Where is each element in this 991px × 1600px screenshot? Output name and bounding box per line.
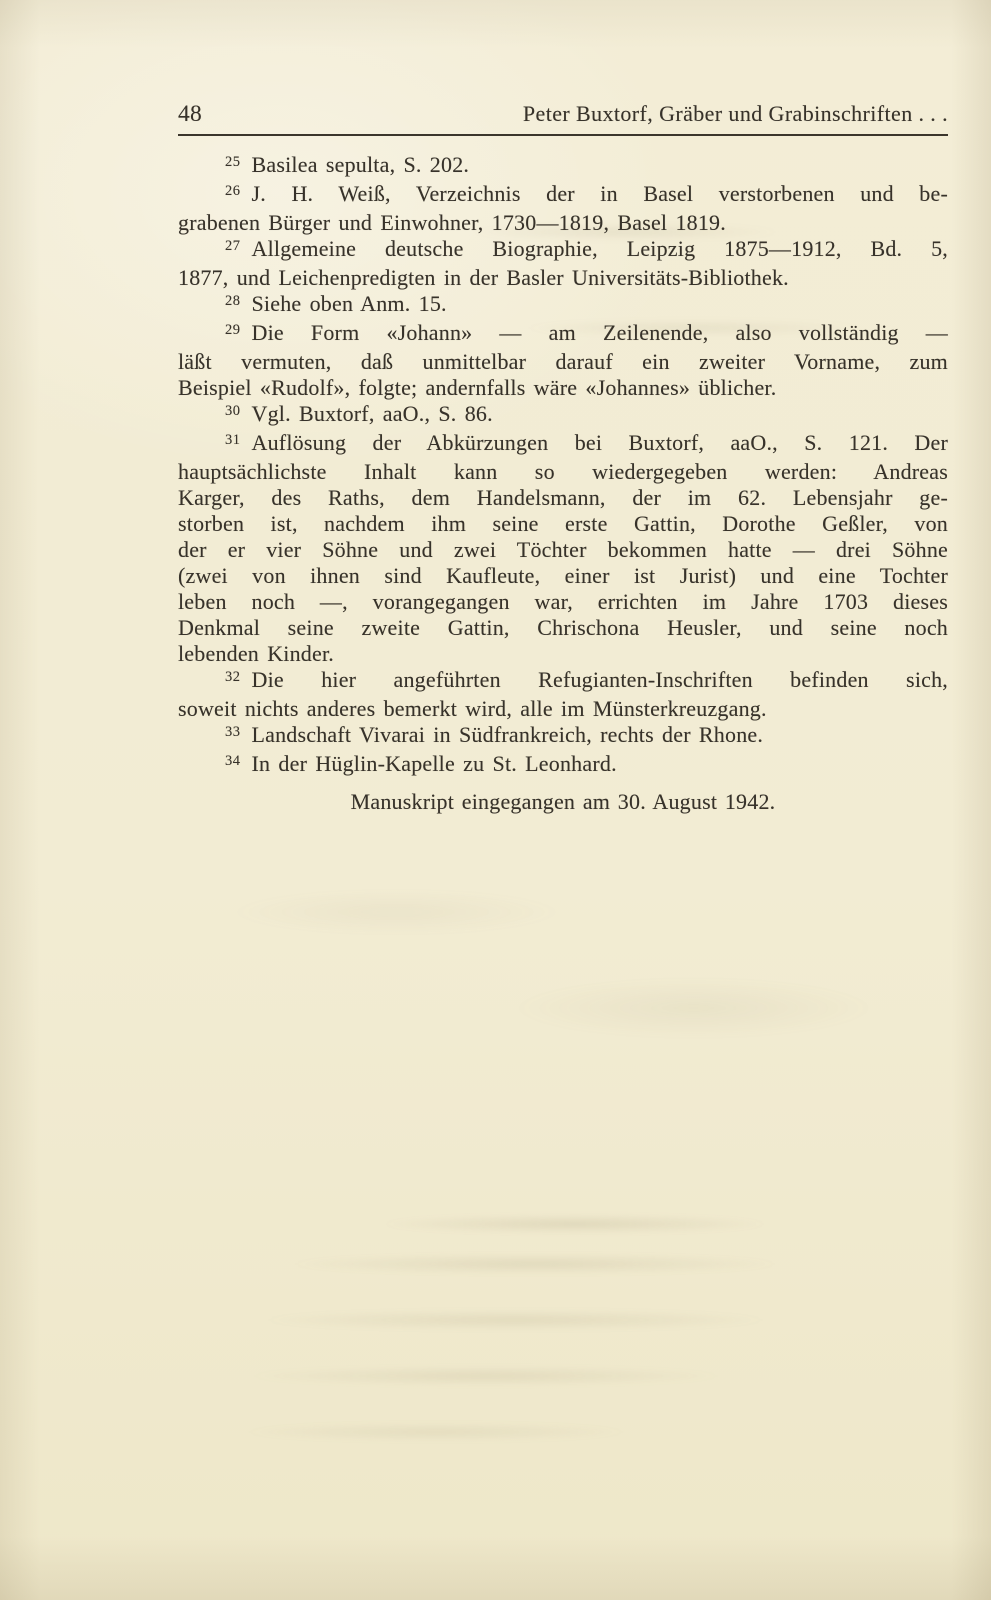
footnote-33-line-1: 33Landschaft Vivarai in Südfrankreich, r… <box>178 722 948 751</box>
footnote-32-line-2: soweit nichts anderes bemerkt wird, alle… <box>178 696 948 722</box>
footnote-25-line-1: 25Basilea sepulta, S. 202. <box>178 152 948 181</box>
footnotes-section: 25Basilea sepulta, S. 202.26J. H. Weiß, … <box>178 152 948 780</box>
footnote-29-line-2: läßt vermuten, daß unmittelbar darauf ei… <box>178 349 948 375</box>
footnote-number-28: 28 <box>225 288 241 314</box>
footnote-31-line-9: lebenden Kinder. <box>178 641 948 667</box>
footnote-29-line-1: 29Die Form «Johann» — am Zeilenende, als… <box>178 320 948 349</box>
footnote-27-line-1: 27Allgemeine deutsche Biographie, Leipzi… <box>178 236 948 265</box>
running-header: 48 Peter Buxtorf, Gräber und Grabinschri… <box>178 0 948 127</box>
manuscript-received-note: Manuskript eingegangen am 30. August 194… <box>178 789 948 815</box>
footnote-number-33: 33 <box>225 719 241 745</box>
page-number: 48 <box>178 101 202 127</box>
footnote-29-line-3: Beispiel «Rudolf», folgte; andernfalls w… <box>178 375 948 401</box>
text-block: 48 Peter Buxtorf, Gräber und Grabinschri… <box>178 0 948 815</box>
footnote-31-line-4: storben ist, nachdem ihm seine erste Gat… <box>178 511 948 537</box>
footnote-27-line-2: 1877, und Leichenpredigten in der Basler… <box>178 265 948 291</box>
footnote-number-31: 31 <box>225 427 241 453</box>
footnote-26-line-2: grabenen Bürger und Einwohner, 1730—1819… <box>178 210 948 236</box>
footnote-28-line-1: 28Siehe oben Anm. 15. <box>178 291 948 320</box>
footnote-number-25: 25 <box>225 149 241 175</box>
footnote-number-27: 27 <box>225 233 241 259</box>
footnote-number-34: 34 <box>225 748 241 774</box>
footnote-31-line-3: Karger, des Raths, dem Handelsmann, der … <box>178 485 948 511</box>
footnote-26-line-1: 26J. H. Weiß, Verzeichnis der in Basel v… <box>178 181 948 210</box>
footnote-number-26: 26 <box>225 178 241 204</box>
footnote-31-line-6: (zwei von ihnen sind Kaufleute, einer is… <box>178 563 948 589</box>
footnote-34-line-1: 34In der Hüglin-Kapelle zu St. Leonhard. <box>178 751 948 780</box>
footnote-31-line-5: der er vier Söhne und zwei Töchter bekom… <box>178 537 948 563</box>
footnote-32-line-1: 32Die hier angeführten Refugianten-Insch… <box>178 667 948 696</box>
running-title: Peter Buxtorf, Gräber und Grabinschrifte… <box>523 101 948 127</box>
header-rule <box>178 134 948 136</box>
footnote-31-line-1: 31Auflösung der Abkürzungen bei Buxtorf,… <box>178 430 948 459</box>
footnote-31-line-2: hauptsächlichste Inhalt kann so wiederge… <box>178 459 948 485</box>
footnote-number-29: 29 <box>225 317 241 343</box>
scanned-book-page: 48 Peter Buxtorf, Gräber und Grabinschri… <box>0 0 991 1600</box>
footnote-30-line-1: 30Vgl. Buxtorf, aaO., S. 86. <box>178 401 948 430</box>
footnote-31-line-7: leben noch —, vorangegangen war, erricht… <box>178 589 948 615</box>
footnote-number-32: 32 <box>225 664 241 690</box>
footnote-number-30: 30 <box>225 398 241 424</box>
footnote-31-line-8: Denkmal seine zweite Gattin, Chrischona … <box>178 615 948 641</box>
